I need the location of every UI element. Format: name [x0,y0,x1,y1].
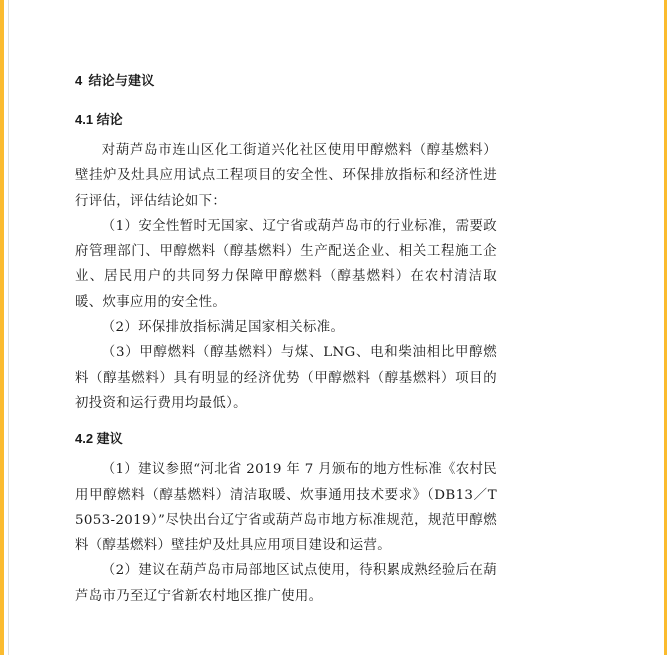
section-heading: 4.1 结论 [75,109,497,131]
paragraph: （2）建议在葫芦岛市局部地区试点使用，待积累成熟经验后在葫芦岛市乃至辽宁省新农村… [75,558,497,609]
chapter-number: 4 [75,73,82,88]
chapter-heading: 4结论与建议 [75,70,497,92]
paragraph: （1）安全性暂时无国家、辽宁省或葫芦岛市的行业标准，需要政府管理部门、甲醇燃料（… [75,214,497,315]
paragraph: （3）甲醇燃料（醇基燃料）与煤、LNG、电和柴油相比甲醇燃料（醇基燃料）具有明显… [75,340,497,416]
chapter-title: 结论与建议 [88,73,154,88]
document-content: 4结论与建议 4.1 结论 对葫芦岛市连山区化工街道兴化社区使用甲醇燃料（醇基燃… [75,70,497,609]
document-page: 4结论与建议 4.1 结论 对葫芦岛市连山区化工街道兴化社区使用甲醇燃料（醇基燃… [9,0,664,655]
section-conclusions: 4.1 结论 对葫芦岛市连山区化工街道兴化社区使用甲醇燃料（醇基燃料）壁挂炉及灶… [75,109,497,416]
section-recommendations: 4.2 建议 （1）建议参照“河北省 2019 年 7 月颁布的地方性标准《农村… [75,428,497,609]
section-heading: 4.2 建议 [75,428,497,450]
paragraph: 对葫芦岛市连山区化工街道兴化社区使用甲醇燃料（醇基燃料）壁挂炉及灶具应用试点工程… [75,138,497,214]
left-frame-bar [0,0,4,655]
paragraph: （1）建议参照“河北省 2019 年 7 月颁布的地方性标准《农村民用甲醇燃料（… [75,457,497,558]
paragraph: （2）环保排放指标满足国家相关标准。 [75,315,497,340]
